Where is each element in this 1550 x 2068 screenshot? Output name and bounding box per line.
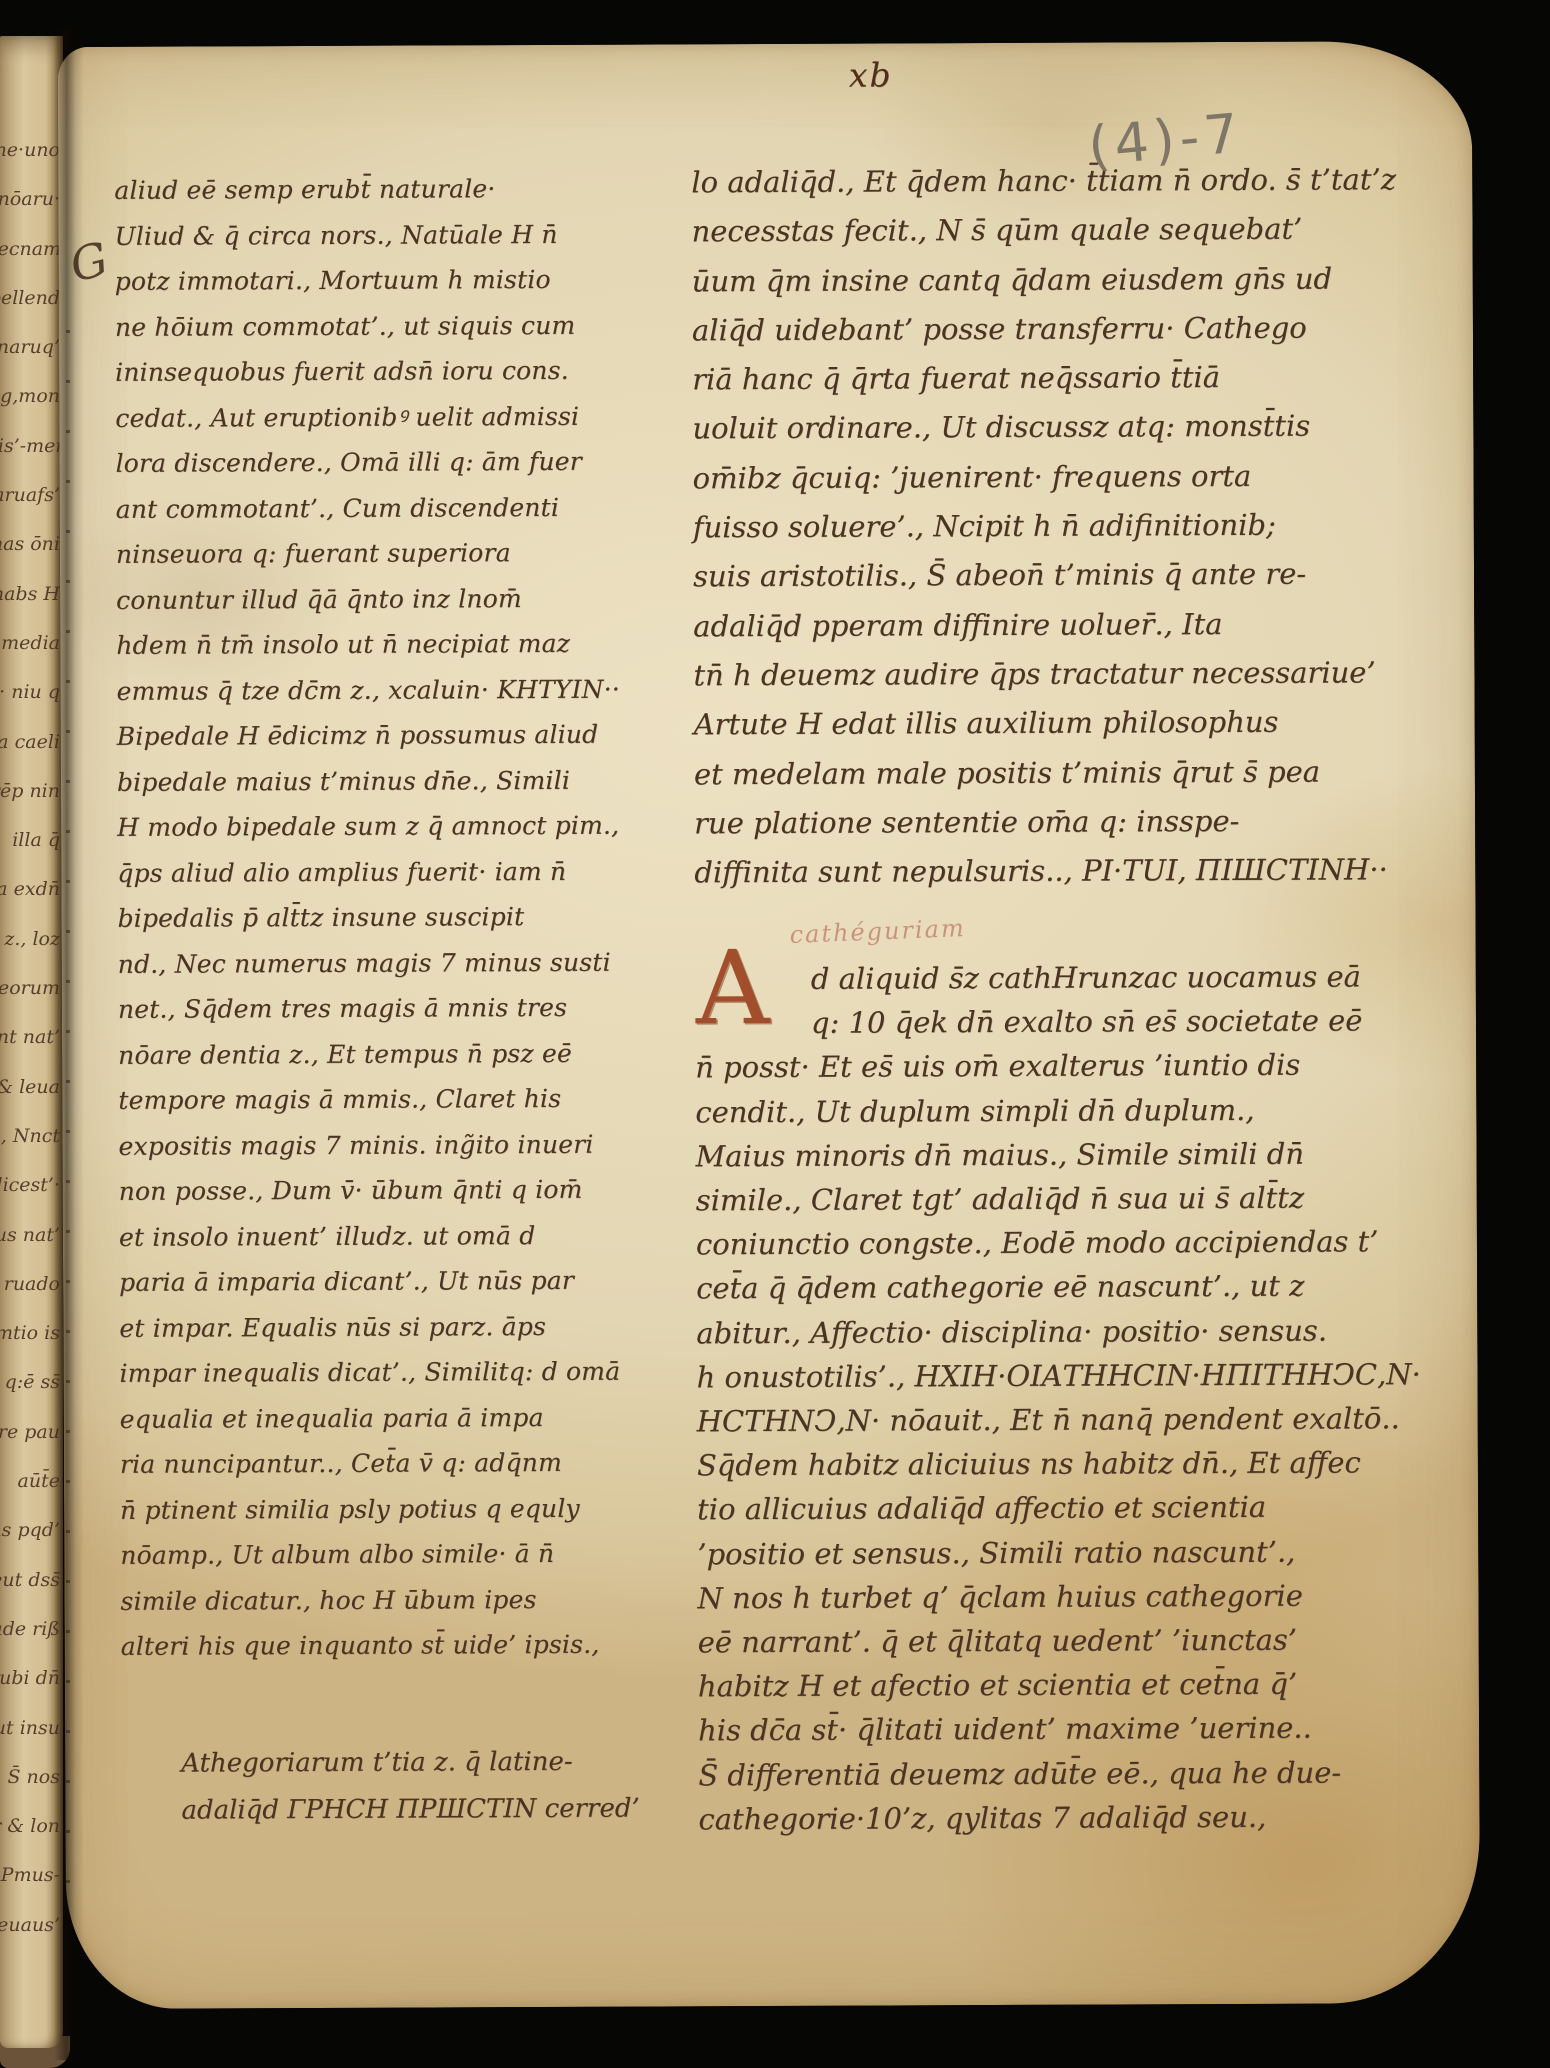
manuscript-line: ΗCΤΗΝϽ,Ν· nōauit., Et n̄ nanq̄ pendent e… (697, 1396, 1397, 1443)
manuscript-line: Athegoriarum t’tia z. q̄ latine- (181, 1739, 611, 1788)
manuscript-line: non posse., Dum v̄· ūbum q̄nti q iom̄ (119, 1167, 549, 1214)
manuscript-photo: { "manuscript": { "folio_number": "xb", … (0, 0, 1550, 2068)
edge-fragment: i rēp nin (0, 767, 60, 816)
edge-fragment: nōaru· (0, 175, 60, 224)
edge-fragment: ea exdn̄ (0, 865, 60, 914)
manuscript-line: adaliq̄d pperam diffinire uoluer̄., Ita (693, 599, 1393, 651)
manuscript-line: paria ā imparia dicant’., Ut nūs par (119, 1258, 549, 1305)
manuscript-line: simile dicatur., hoc H ūbum ipes (120, 1576, 550, 1623)
edge-fragment: aūt̄e (0, 1457, 60, 1506)
manuscript-line: cet̄a q̄ q̄dem cathegorie eē nascunt’., … (696, 1264, 1396, 1311)
edge-fragment: ē., necnam (0, 225, 60, 274)
edge-fragment: cnaruafs’ (0, 471, 60, 520)
manuscript-line: et medelam male positis t’minis q̄rut s̄… (694, 747, 1394, 799)
manuscript-line: ininsequobus fuerit adsn̄ ioru cons. (115, 348, 545, 395)
manuscript-line: et insolo inuent’ illudz. ut omā d (119, 1212, 549, 1259)
manuscript-line: n̄ ptinent similia psly potius q equly (120, 1485, 550, 1532)
manuscript-line: potz immotari., Mortuum h mistio (115, 257, 545, 304)
manuscript-line: his dc̄a st̄· q̄litati uident’ maxime ’u… (698, 1706, 1398, 1753)
interlinear-gloss: cathéguriam (789, 914, 966, 949)
edge-fragment: amabs H (0, 570, 60, 619)
manuscript-line: emmus q̄ tze dc̄m z., xcaluin· ΚΗΤΥΙΝ·· (116, 666, 546, 713)
edge-fragment: rua z., loz (0, 915, 60, 964)
edge-fragment: H fuis’-mer (0, 422, 60, 471)
manuscript-line: equalia et inequalia paria ā impa (120, 1394, 550, 1441)
manuscript-line: ne hōium commotat’., ut siquis cum (115, 302, 545, 349)
manuscript-line: fuisso soluere’., Ncipit h n̄ adifinitio… (693, 500, 1393, 552)
manuscript-line: Uliud & q̄ circa nors., Natūale H n̄ (114, 211, 544, 258)
edge-fragment: lū & leua (0, 1063, 60, 1112)
right-text-column-paragraph-1: lo adaliq̄d., Et q̄dem hanc· t̄tiam n̄ o… (691, 155, 1394, 898)
edge-fragment: eut dss̄ (0, 1556, 60, 1605)
edge-fragment: ed’Pmus- (0, 1851, 60, 1900)
edge-fragment: mut insu (0, 1704, 60, 1753)
edge-fragment: unt nat’ (0, 1013, 60, 1062)
manuscript-line: riā hanc q̄ q̄rta fuerat neq̄ssario t̄ti… (692, 352, 1392, 404)
edge-fragment: nūra caeli (0, 718, 60, 767)
manuscript-line: alteri his que inquanto st̄ uide’ ipsis.… (121, 1622, 551, 1669)
manuscript-line: cathegorie·10’z, qylitas 7 adaliq̄d seu.… (698, 1794, 1398, 1841)
manuscript-line: simile., Claret tgt’ adaliq̄d n̄ sua ui … (696, 1175, 1396, 1222)
manuscript-line: q: 10 q̄ek dn̄ exalto sn̄ es̄ societate … (695, 998, 1395, 1045)
manuscript-line: Artute H edat illis auxilium philosophus (694, 698, 1394, 750)
manuscript-line: N nos h turbet q’ q̄clam huius cathegori… (697, 1573, 1397, 1620)
edge-fragment: Feuaus’ (0, 1901, 60, 1950)
edge-fragment: nto g,mon (0, 372, 60, 421)
manuscript-line: nōamp., Ut album albo simile· ā n̄ (120, 1531, 550, 1578)
manuscript-line: cendit., Ut duplum simpli dn̄ duplum., (695, 1087, 1395, 1134)
edge-fragment: na., Nnct (0, 1112, 60, 1161)
edge-fragment: ē dicest’· (0, 1161, 60, 1210)
manuscript-line: ant commotant’., Cum discendenti (116, 484, 546, 531)
manuscript-line: cedat., Aut eruptionibꝰ uelit admissi (115, 393, 545, 440)
manuscript-line: nōare dentia z., Et tempus n̄ psz eē (118, 1030, 548, 1077)
manuscript-line: Sq̄dem habitz aliciuius ns habitz dn̄., … (697, 1440, 1397, 1487)
manuscript-line: q̄ps aliud alio amplius fuerit· iam n̄ (117, 848, 547, 895)
edge-fragment: uns pqd’ (0, 1506, 60, 1555)
manuscript-line: habitz H et afectio et scientia et cet̄n… (698, 1662, 1398, 1709)
manuscript-line: S̄ differentiā deuemz adūt̄e eē., qua he… (698, 1750, 1398, 1797)
manuscript-line: nd., Nec numerus magis 7 minus susti (118, 939, 548, 986)
edge-fragment: scnaruq’ (0, 323, 60, 372)
edge-fragment: ode· niu q (0, 668, 60, 717)
manuscript-line: suis aristotilis., S̄ abeon̄ t’minis q̄ … (693, 550, 1393, 602)
manuscript-line: et impar. Equalis nūs si parz. āps (119, 1303, 549, 1350)
left-text-column: aliud eē semp erubt̄ naturale·Uliud & q̄… (114, 166, 551, 1669)
edge-fragment: one·uno (0, 126, 60, 175)
manuscript-line: aliq̄d uidebant’ posse transferru· Cathe… (692, 303, 1392, 355)
manuscript-line: tio allicuius adaliq̄d affectio et scien… (697, 1485, 1397, 1532)
manuscript-line: bipedalis p̄ alt̄tz insune suscipit (117, 894, 547, 941)
edge-fragment: amtio is (0, 1309, 60, 1358)
left-column-closing: Athegoriarum t’tia z. q̄ latine-adaliq̄d… (181, 1739, 611, 1835)
manuscript-line: ninseuora q: fuerant superiora (116, 530, 546, 577)
manuscript-line: ria nuncipantur.., Cet̄a v̄ q: adq̄nm (120, 1440, 550, 1487)
manuscript-line: ’positio et sensus., Simili ratio nascun… (697, 1529, 1397, 1576)
manuscript-line: d aliquid s̄z cathHrunzac uocamus eā (695, 954, 1395, 1001)
manuscript-line: lo adaliq̄d., Et q̄dem hanc· t̄tiam n̄ o… (691, 155, 1391, 207)
marginal-mark: G (65, 231, 114, 292)
manuscript-line: eē narrant’. q̄ et q̄litatq uedent’ ’iun… (698, 1617, 1398, 1664)
manuscript-line: tempore magis ā mmis., Claret his (118, 1076, 548, 1123)
edge-fragment: or & lon (0, 1802, 60, 1851)
manuscript-line: rue platione sententie om̄a q: insspe- (694, 796, 1394, 848)
manuscript-line: ūum q̄m insine cantq q̄dam eiusdem gn̄s … (692, 254, 1392, 306)
manuscript-line: expositis magis 7 minis. ing̃ito inueri (118, 1121, 548, 1168)
manuscript-line: tn̄ h deuemz audire q̄ps tractatur neces… (693, 648, 1393, 700)
illuminated-initial-a: A (696, 946, 770, 1033)
folio-edge-fragments: one·unonōaru·ē., necnamnepellendscnaruq’… (0, 126, 60, 1950)
manuscript-line: diffinita sunt nepulsuris.., ΡΙ·ΤUΙ, ΠΙШ… (694, 845, 1394, 897)
manuscript-line: hdem n̄ tm̄ insolo ut n̄ necipiat maz (116, 621, 546, 668)
manuscript-line: lora discendere., Omā illi q: ām fuer (115, 439, 545, 486)
manuscript-line: Bipedale H ēdicimz n̄ possumus aliud (117, 712, 547, 759)
manuscript-line: impar inequalis dicat’., Similitq: d omā (119, 1349, 549, 1396)
manuscript-line: necesstas fecit., N s̄ qūm quale sequeba… (691, 205, 1391, 257)
manuscript-line: abitur., Affectio· disciplina· positio· … (696, 1308, 1396, 1355)
manuscript-page: xb (4)-7 G aliud eē semp erubt̄ naturale… (58, 41, 1481, 2009)
edge-fragment: pius nat’ (0, 1211, 60, 1260)
edge-fragment: are pau (0, 1408, 60, 1457)
edge-fragment: illa q̄ (0, 816, 60, 865)
edge-fragment: ua q:ē ss̄ (0, 1358, 60, 1407)
manuscript-line: adaliq̄d ΓΡΗCΗ ΠΡШCΤΙΝ cerred’ (181, 1786, 611, 1835)
manuscript-line: h onustotilis’., ΗΧΙΗ·ΟΙΑΤΗΗCΙΝ·ΗΠΙΤΗΗϽϹ… (696, 1352, 1396, 1399)
manuscript-line: uoluit ordinare., Ut discussz atq: monst… (692, 402, 1392, 454)
manuscript-line: om̄ibz q̄cuiq: ’juenirent· frequens orta (693, 451, 1393, 503)
edge-fragment: euenas ōni (0, 520, 60, 569)
manuscript-line: coniunctio congste., Eodē modo accipiend… (696, 1219, 1396, 1266)
edge-fragment: e immedia (0, 619, 60, 668)
edge-fragment: z,· S̄ nos (0, 1753, 60, 1802)
manuscript-line: bipedale maius t’minus dn̄e., Simili (117, 757, 547, 804)
edge-fragment: ude riß (0, 1605, 60, 1654)
folio-number: xb (849, 55, 893, 94)
edge-fragment: t z ruado (0, 1260, 60, 1309)
manuscript-line: aliud eē semp erubt̄ naturale· (114, 166, 544, 213)
manuscript-line: H modo bipedale sum z q̄ amnoct pim., (117, 803, 547, 850)
manuscript-line: Maius minoris dn̄ maius., Simile simili … (695, 1131, 1395, 1178)
edge-fragment: nepellend (0, 274, 60, 323)
manuscript-line: net., Sq̄dem tres magis ā mnis tres (118, 985, 548, 1032)
edge-fragment: ubi dn̄ (0, 1654, 60, 1703)
edge-fragment: eorum (0, 964, 60, 1013)
right-text-column-paragraph-2: d aliquid s̄z cathHrunzac uocamus eāq: 1… (695, 954, 1399, 1841)
manuscript-line: conuntur illud q̄ā q̄nto inz lnom̄ (116, 575, 546, 622)
manuscript-line: n̄ posst· Et es̄ uis om̄ exalterus ’iunt… (695, 1043, 1395, 1090)
